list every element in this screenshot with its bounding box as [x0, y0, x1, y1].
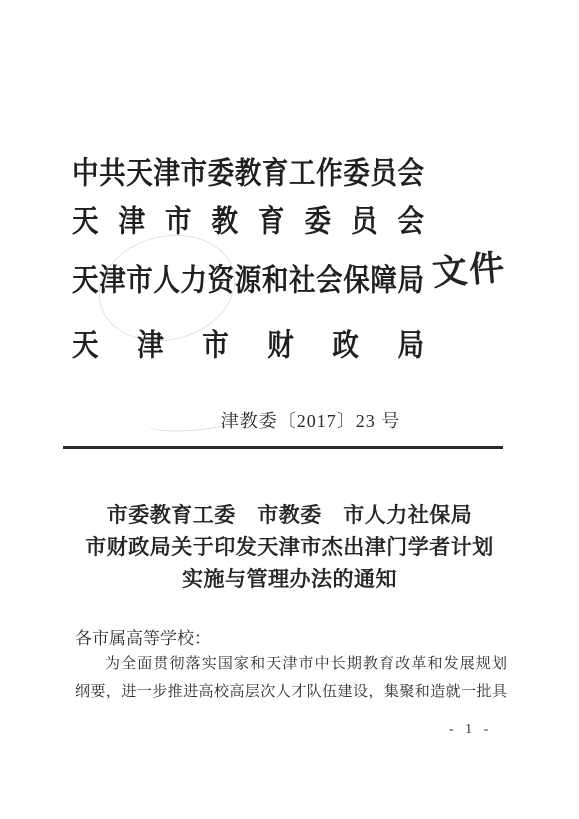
- document-title-line-2: 市财政局关于印发天津市杰出津门学者计划: [0, 531, 579, 563]
- document-title-line-1: 市委教育工委 市教委 市人力社保局: [0, 499, 579, 531]
- document-title: 市委教育工委 市教委 市人力社保局 市财政局关于印发天津市杰出津门学者计划 实施…: [0, 499, 579, 595]
- page-number: - 1 -: [449, 722, 492, 738]
- document-title-line-3: 实施与管理办法的通知: [0, 563, 579, 595]
- issuing-authority-line-1: 中共天津市委教育工作委员会: [72, 153, 424, 192]
- scanned-official-document-page: 中共天津市委教育工作委员会 天津市教育委员会 天津市人力资源和社会保障局 天津市…: [0, 0, 579, 819]
- document-type-label: 文件: [430, 240, 508, 296]
- issuing-authority-line-2: 天津市教育委员会: [72, 201, 424, 240]
- body-paragraph: 为全面贯彻落实国家和天津市中长期教育改革和发展规划 纲要，进一步推进高校高层次人…: [75, 650, 507, 706]
- body-paragraph-line-1: 为全面贯彻落实国家和天津市中长期教育改革和发展规划: [75, 650, 507, 678]
- header-divider-line: [63, 446, 503, 449]
- document-reference-number: 津教委〔2017〕23 号: [0, 407, 579, 433]
- salutation-text: 各市属高等学校：: [75, 624, 211, 649]
- body-paragraph-line-2: 纲要，进一步推进高校高层次人才队伍建设，集聚和造就一批具: [75, 678, 507, 706]
